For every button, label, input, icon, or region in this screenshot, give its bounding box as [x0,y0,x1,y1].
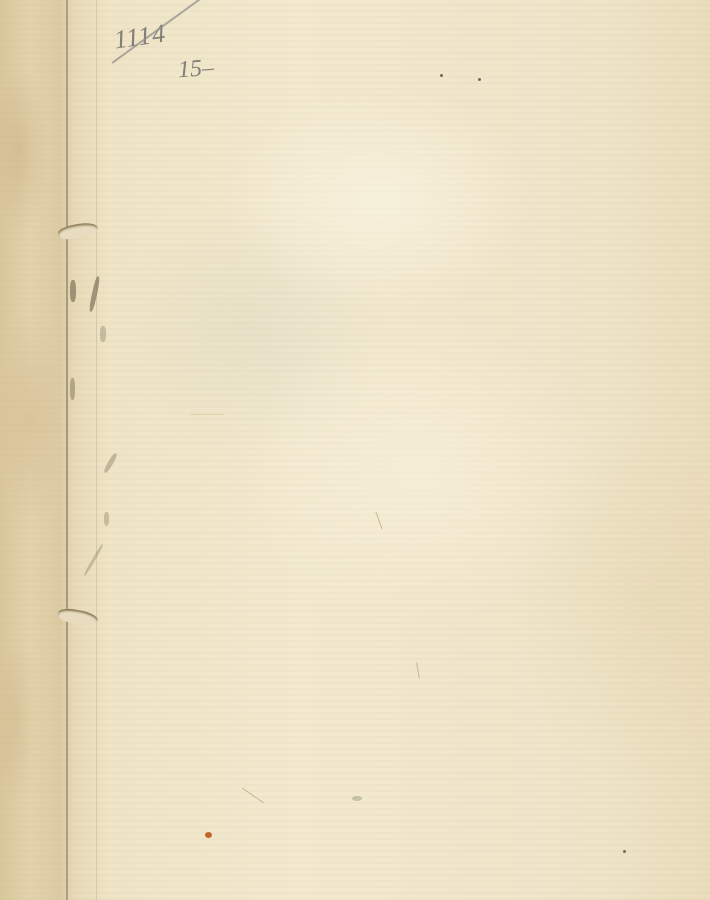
pencil-shelf-mark: 1114 [112,19,168,56]
stitch-mark [100,326,106,342]
paper-page: 1114 15– [0,0,710,900]
stitch-mark [83,544,104,577]
stitch-mark [104,512,109,526]
paper-fiber [190,414,224,415]
speck [623,850,626,853]
paper-fiber [375,512,382,529]
stitch-mark [70,280,76,302]
paper-fiber [416,663,420,679]
speck [352,796,362,801]
rust-speck [205,832,212,838]
stitch-mark [103,452,118,474]
paper-fiber [242,788,264,804]
stitch-mark [88,276,100,312]
binding-fold-line [66,0,68,900]
speck [440,74,443,77]
secondary-fold-line [96,0,97,900]
speck [478,78,481,81]
stitch-mark [70,378,75,400]
spine-stain [0,0,68,900]
pencil-price-mark: 15– [177,55,215,84]
